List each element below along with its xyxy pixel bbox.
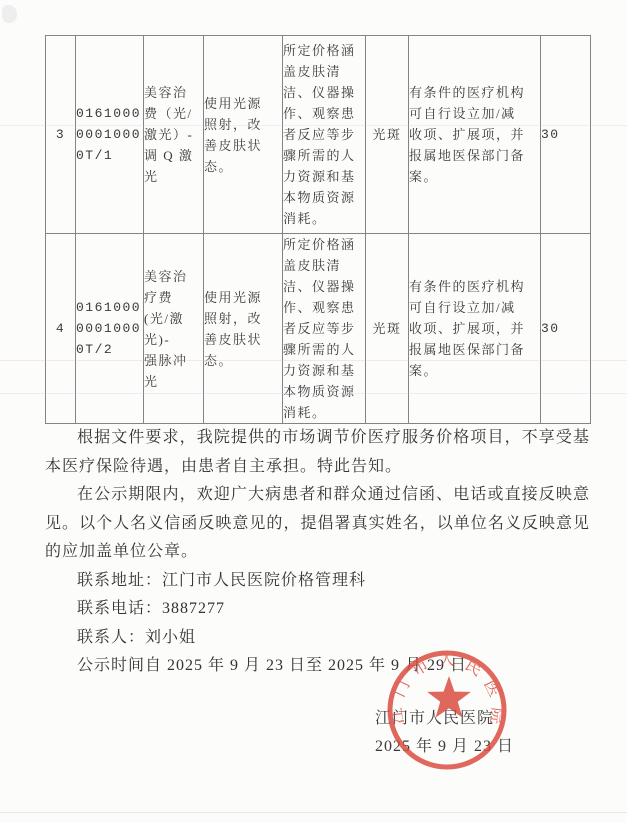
notice-body: 根据文件要求，我院提供的市场调节价医疗服务价格项目，不享受基本医疗保险待遇，由患…: [45, 424, 590, 681]
note-cell: 有条件的医疗机构 可自行设立加/减 收项、扩展项，并 报属地医保部门备 案。: [409, 36, 541, 234]
note-cell: 有条件的医疗机构 可自行设立加/减 收项、扩展项，并 报属地医保部门备 案。: [409, 234, 541, 424]
price-cell: 30: [541, 234, 591, 424]
item-name-cell: 美容治 费（光/ 激光）- 调 Q 激 光: [144, 36, 204, 234]
method-cell: 使用光源 照射，改 善皮肤状 态。: [204, 36, 283, 234]
price-cell: 30: [541, 36, 591, 234]
price-table: 3 0161000 0001000 0T/1 美容治 费（光/ 激光）- 调 Q…: [45, 35, 591, 424]
item-name-cell: 美容治 疗费 (光/激 光)- 强脉冲 光: [144, 234, 204, 424]
seq-cell: 3: [46, 36, 76, 234]
contact-address: 联系地址：江门市人民医院价格管理科: [45, 567, 590, 596]
code-cell: 0161000 0001000 0T/2: [76, 234, 144, 424]
price-scope-cell: 所定价格涵 盖皮肤清 洁、仪器操 作、观察患 者反应等步 骤所需的人 力资源和基…: [283, 36, 366, 234]
official-seal: 江门市人民医院: [378, 646, 516, 774]
unit-cell: 光斑: [366, 234, 409, 424]
method-cell: 使用光源 照射，改 善皮肤状 态。: [204, 234, 283, 424]
table-row: 4 0161000 0001000 0T/2 美容治 疗费 (光/激 光)- 强…: [46, 234, 591, 424]
star-icon: [427, 676, 471, 718]
notice-paragraph-1: 根据文件要求，我院提供的市场调节价医疗服务价格项目，不享受基本医疗保险待遇，由患…: [45, 424, 590, 481]
price-scope-cell: 所定价格涵 盖皮肤清 洁、仪器操 作、观察患 者反应等步 骤所需的人 力资源和基…: [283, 234, 366, 424]
table-row: 3 0161000 0001000 0T/1 美容治 费（光/ 激光）- 调 Q…: [46, 36, 591, 234]
scan-speck: [2, 5, 17, 23]
unit-cell: 光斑: [366, 36, 409, 234]
seal-ring: [390, 653, 504, 767]
seq-cell: 4: [46, 234, 76, 424]
document-page: 3 0161000 0001000 0T/1 美容治 费（光/ 激光）- 调 Q…: [0, 0, 627, 823]
notice-paragraph-2: 在公示期限内，欢迎广大病患者和群众通过信函、电话或直接反映意见。以个人名义信函反…: [45, 481, 590, 567]
code-cell: 0161000 0001000 0T/1: [76, 36, 144, 234]
contact-phone: 联系电话：3887277: [45, 595, 590, 624]
scan-artifact-line: [0, 812, 627, 813]
